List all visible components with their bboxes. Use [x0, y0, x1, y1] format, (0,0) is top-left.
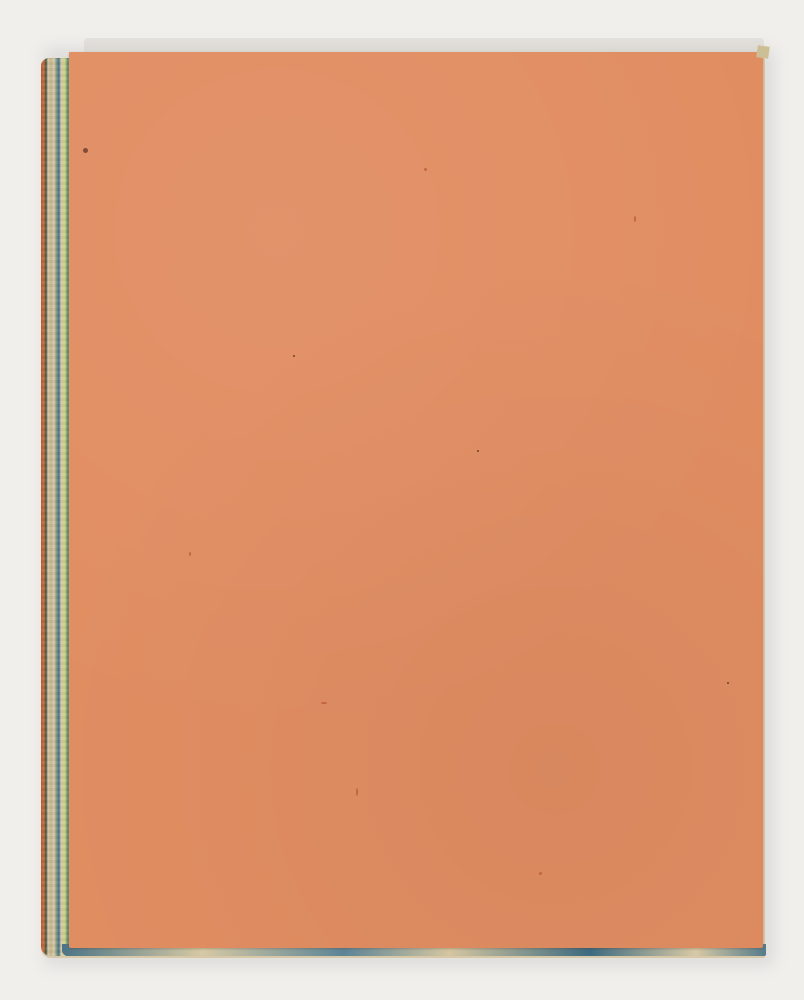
paper-fleck [83, 148, 88, 153]
paper-fleck [539, 872, 542, 875]
paper-fleck [189, 552, 191, 556]
paper-fleck [424, 168, 427, 171]
paper-fleck [321, 702, 327, 704]
paper-fleck [356, 788, 358, 796]
paper-fleck [477, 450, 479, 452]
paper-fleck [293, 355, 295, 357]
paper-fleck [727, 682, 729, 684]
paper-fleck [634, 216, 636, 222]
corner-tab [756, 45, 770, 59]
front-cover [69, 52, 763, 948]
